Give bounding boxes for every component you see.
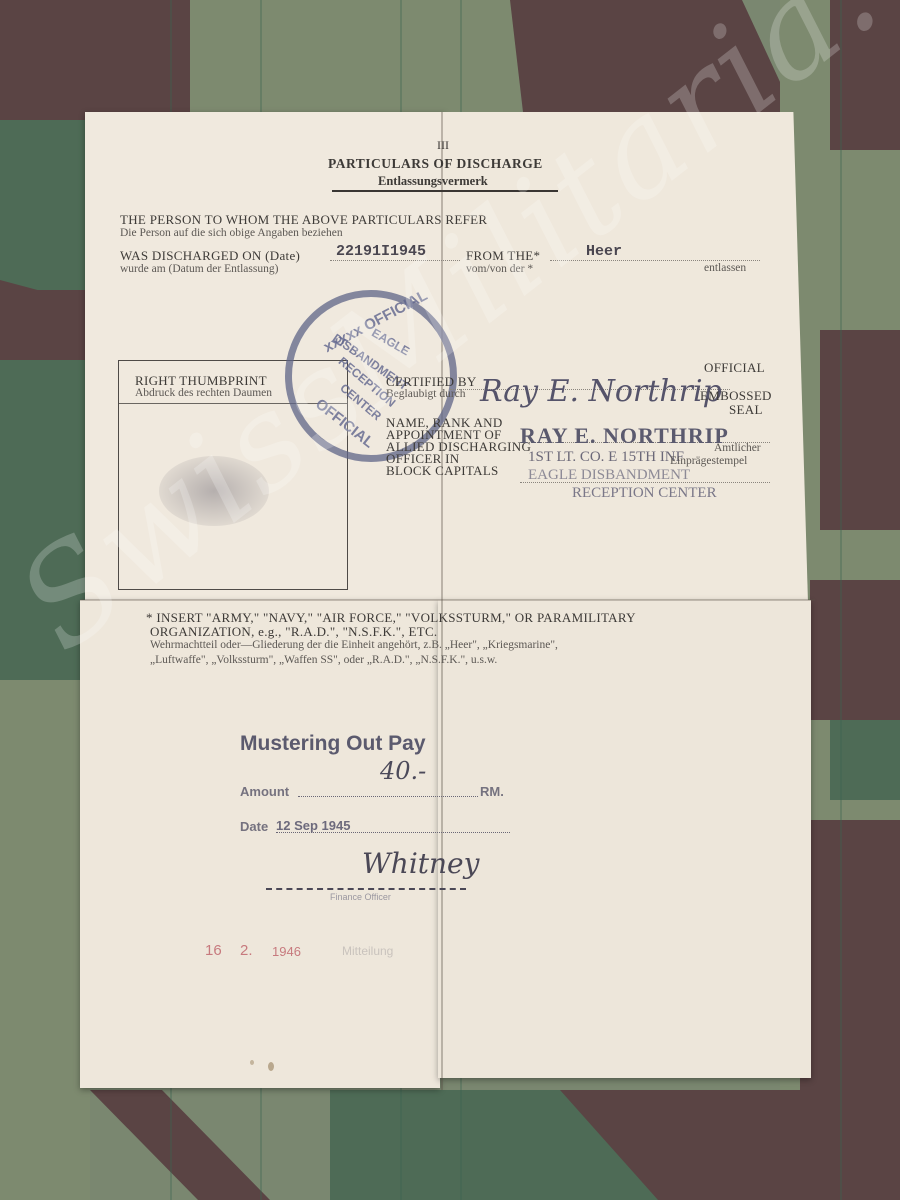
- branch-dotted-line: [550, 260, 760, 261]
- footnote-line-4: „Luftwaffe", „Volkssturm", „Waffen SS", …: [150, 654, 497, 666]
- section-number: III: [437, 138, 449, 153]
- official-label: OFFICIAL: [704, 360, 765, 376]
- amtlicher-label: Amtlicher: [714, 442, 761, 454]
- stain-spot: [268, 1062, 274, 1071]
- title-underline: [332, 190, 558, 192]
- branch-value: Heer: [586, 243, 622, 260]
- paper-panel-bottom-left: [80, 600, 440, 1088]
- amount-handwritten: 40.-: [380, 757, 426, 785]
- date-dotted-line-pay: [276, 832, 510, 833]
- date-dotted-line: [330, 260, 460, 261]
- amount-dotted-line: [298, 796, 478, 797]
- officer-center-stamp: RECEPTION CENTER: [572, 485, 717, 502]
- from-label-german: vom/von der *: [466, 263, 533, 275]
- footnote-line-3: Wehrmachtteil oder—Gliederung der die Ei…: [150, 639, 558, 651]
- vertical-fold: [441, 112, 443, 1090]
- thumbprint-image: [159, 456, 269, 526]
- name-rank-label: NAME, RANK AND APPOINTMENT OF ALLIED DIS…: [386, 417, 531, 477]
- paper-panel-top-right: [443, 112, 808, 602]
- page-title: PARTICULARS OF DISCHARGE: [328, 156, 543, 172]
- paper-panel-bottom-right: [438, 600, 811, 1078]
- horizontal-fold: [80, 599, 815, 601]
- discharge-date-value: 22191I1945: [336, 243, 426, 260]
- einpraegestempel-label: Einprägestempel: [670, 455, 747, 467]
- from-label: FROM THE*: [466, 248, 540, 264]
- footnote-line-2: ORGANIZATION, e.g., "R.A.D.", "N.S.F.K."…: [150, 624, 437, 640]
- date-label: Date: [240, 819, 268, 834]
- mustering-pay-title: Mustering Out Pay: [240, 732, 426, 756]
- person-line: THE PERSON TO WHOM THE ABOVE PARTICULARS…: [120, 212, 487, 228]
- pay-date-value: 12 Sep 1945: [276, 818, 350, 833]
- red-stamp-month: 2.: [240, 942, 253, 959]
- finance-officer-label: Finance Officer: [330, 892, 391, 902]
- officer-signature: Ray E. Northrip: [480, 374, 722, 409]
- person-line-german: Die Person auf die sich obige Angaben be…: [120, 227, 343, 239]
- discharged-label-german: wurde am (Datum der Entlassung): [120, 263, 278, 275]
- finance-officer-signature: Whitney: [362, 847, 479, 880]
- currency-label: RM.: [480, 784, 504, 799]
- red-stamp-day: 16: [205, 942, 222, 959]
- entlassen-label: entlassen: [704, 262, 746, 274]
- thumbprint-label-german: Abdruck des rechten Daumen: [135, 387, 272, 399]
- finance-signature-line: [266, 888, 466, 890]
- red-stamp-extra: Mitteilung: [342, 944, 393, 958]
- officer-unit-stamp: EAGLE DISBANDMENT: [528, 467, 690, 484]
- stain-spot: [250, 1060, 254, 1065]
- red-stamp-year: 1946: [272, 944, 301, 959]
- amount-label: Amount: [240, 784, 289, 799]
- officer-rank-stamp: 1ST LT. CO. E 15TH INF: [528, 449, 684, 466]
- officer-name-stamp: RAY E. NORTHRIP: [520, 423, 729, 449]
- page-title-german: Entlassungsvermerk: [378, 174, 488, 189]
- stamp-inner-eagle: EAGLE: [369, 326, 412, 359]
- discharged-label: WAS DISCHARGED ON (Date): [120, 248, 300, 264]
- discharge-document: III PARTICULARS OF DISCHARGE Entlassungs…: [80, 112, 820, 1092]
- seal-label: SEAL: [729, 402, 763, 418]
